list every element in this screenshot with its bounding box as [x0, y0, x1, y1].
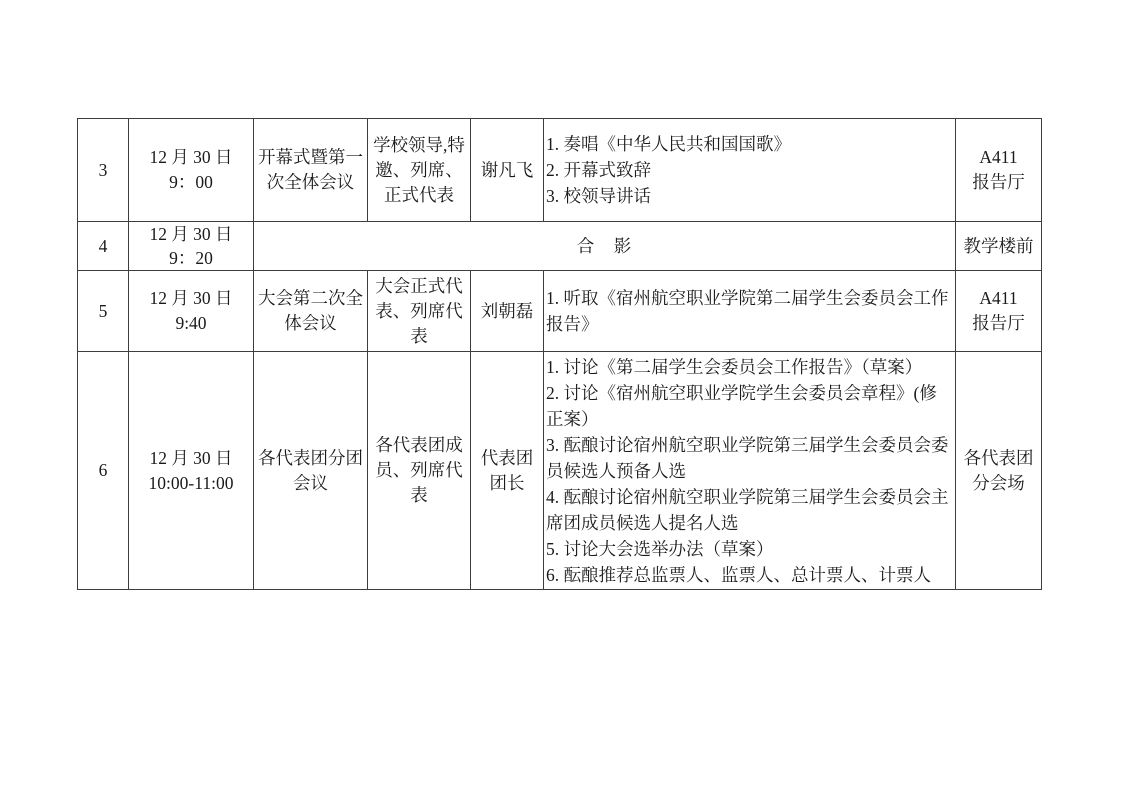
agenda-item: 2. 讨论《宿州航空职业学院学生会委员会章程》(修正案）	[546, 380, 953, 432]
cell-time: 12 月 30 日 9:40	[129, 271, 254, 352]
cell-meeting-name: 开幕式暨第一次全体会议	[254, 119, 368, 222]
time-line: 10:00-11:00	[131, 471, 251, 496]
location-line: A411	[958, 286, 1039, 311]
date-line: 12 月 30 日	[131, 222, 251, 246]
document-page: 3 12 月 30 日 9：00 开幕式暨第一次全体会议 学校领导,特邀、列席、…	[0, 0, 1122, 793]
agenda-item: 3. 校领导讲话	[546, 183, 953, 209]
location-line: 报告厅	[958, 170, 1039, 195]
agenda-item: 1. 讨论《第二届学生会委员会工作报告》（草案）	[546, 354, 953, 380]
time-line: 9:40	[131, 311, 251, 336]
cell-agenda: 1. 听取《宿州航空职业学院第二届学生会委员会工作报告》	[544, 271, 956, 352]
cell-number: 3	[78, 119, 129, 222]
location-line: 报告厅	[958, 311, 1039, 336]
cell-meeting-name: 各代表团分团会议	[254, 352, 368, 590]
cell-presider: 代表团团长	[471, 352, 544, 590]
cell-number: 5	[78, 271, 129, 352]
location-line: 分会场	[958, 471, 1039, 496]
agenda-item: 1. 奏唱《中华人民共和国国歌》	[546, 131, 953, 157]
agenda-item: 1. 听取《宿州航空职业学院第二届学生会委员会工作报告》	[546, 285, 953, 337]
cell-attendees: 学校领导,特邀、列席、正式代表	[368, 119, 471, 222]
merged-cell-group-photo: 合 影	[254, 222, 956, 271]
location-line: 教学楼前	[958, 234, 1039, 258]
cell-location: 教学楼前	[956, 222, 1042, 271]
cell-location: A411 报告厅	[956, 271, 1042, 352]
cell-time: 12 月 30 日 10:00-11:00	[129, 352, 254, 590]
location-line: A411	[958, 145, 1039, 170]
cell-presider: 谢凡飞	[471, 119, 544, 222]
cell-number: 4	[78, 222, 129, 271]
location-line: 各代表团	[958, 446, 1039, 471]
table-row: 6 12 月 30 日 10:00-11:00 各代表团分团会议 各代表团成员、…	[78, 352, 1042, 590]
cell-meeting-name: 大会第二次全体会议	[254, 271, 368, 352]
cell-attendees: 大会正式代表、列席代表	[368, 271, 471, 352]
agenda-item: 3. 酝酿讨论宿州航空职业学院第三届学生会委员会委员候选人预备人选	[546, 432, 953, 484]
agenda-item: 2. 开幕式致辞	[546, 157, 953, 183]
agenda-item: 4. 酝酿讨论宿州航空职业学院第三届学生会委员会主席团成员候选人提名人选	[546, 484, 953, 536]
cell-number: 6	[78, 352, 129, 590]
date-line: 12 月 30 日	[131, 286, 251, 311]
date-line: 12 月 30 日	[131, 446, 251, 471]
time-line: 9：00	[131, 170, 251, 195]
table-row: 5 12 月 30 日 9:40 大会第二次全体会议 大会正式代表、列席代表 刘…	[78, 271, 1042, 352]
cell-attendees: 各代表团成员、列席代表	[368, 352, 471, 590]
cell-agenda: 1. 奏唱《中华人民共和国国歌》 2. 开幕式致辞 3. 校领导讲话	[544, 119, 956, 222]
cell-time: 12 月 30 日 9：20	[129, 222, 254, 271]
cell-presider: 刘朝磊	[471, 271, 544, 352]
date-line: 12 月 30 日	[131, 145, 251, 170]
table-row: 4 12 月 30 日 9：20 合 影 教学楼前	[78, 222, 1042, 271]
schedule-table: 3 12 月 30 日 9：00 开幕式暨第一次全体会议 学校领导,特邀、列席、…	[77, 118, 1042, 590]
table-row: 3 12 月 30 日 9：00 开幕式暨第一次全体会议 学校领导,特邀、列席、…	[78, 119, 1042, 222]
agenda-item: 6. 酝酿推荐总监票人、监票人、总计票人、计票人	[546, 562, 953, 588]
cell-location: A411 报告厅	[956, 119, 1042, 222]
cell-location: 各代表团 分会场	[956, 352, 1042, 590]
time-line: 9：20	[131, 246, 251, 270]
cell-time: 12 月 30 日 9：00	[129, 119, 254, 222]
cell-agenda: 1. 讨论《第二届学生会委员会工作报告》（草案） 2. 讨论《宿州航空职业学院学…	[544, 352, 956, 590]
agenda-item: 5. 讨论大会选举办法（草案）	[546, 536, 953, 562]
